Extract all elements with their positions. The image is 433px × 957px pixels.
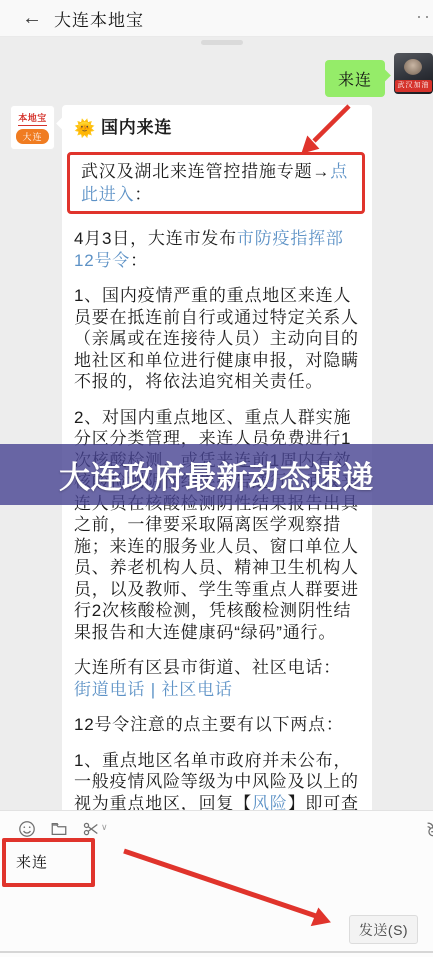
more-menu-icon[interactable]: ··· <box>416 6 433 27</box>
official-account-avatar[interactable]: 本地宝 大连 <box>10 105 55 150</box>
avatar-face <box>404 59 422 75</box>
sent-message-row: 来连 武汉加油 <box>325 53 433 97</box>
inline-link[interactable]: 街道电话 <box>74 680 145 699</box>
phone-icon[interactable] <box>424 820 433 838</box>
drag-handle[interactable] <box>201 40 243 45</box>
text-segment: 1、国内疫情严重的重点地区来连人员要在抵连前自行或通过特定关系人（亲属或在连接待… <box>74 286 359 391</box>
message-paragraph: 1、国内疫情严重的重点地区来连人员要在抵连前自行或通过特定关系人（亲属或在连接待… <box>74 285 360 393</box>
message-paragraph: 大连所有区县市街道、社区电话： 街道电话 | 社区电话 <box>74 657 360 700</box>
text-segment: 4月3日，大连市发布 <box>74 229 237 248</box>
message-paragraph: 2、对国内重点地区、重点人群实施分区分类管理，来连人员免费进行1次核酸检测，或凭… <box>74 407 360 644</box>
send-button[interactable]: 发送(S) <box>349 915 418 944</box>
promo-banner-overlay: 大连政府最新动态速递 <box>0 444 433 505</box>
inline-link[interactable]: | <box>145 680 161 699</box>
text-segment: ： <box>134 185 152 204</box>
user-avatar[interactable]: 武汉加油 <box>394 53 433 94</box>
scissors-icon[interactable] <box>82 820 100 838</box>
sun-emoji-icon: 🌞 <box>74 120 96 137</box>
message-paragraph: 1、重点地区名单市政府并未公布，一般疫情风险等级为中风险及以上的视为重点地区，回… <box>74 750 360 815</box>
message-sender-name: 国内来连 <box>101 117 172 139</box>
emoji-icon[interactable] <box>18 820 36 838</box>
avatar-logo-text: 本地宝 <box>18 111 47 126</box>
avatar-city-badge: 大连 <box>16 129 48 144</box>
message-paragraph: 12号令注意的点主要有以下两点： <box>74 714 360 736</box>
text-segment: 武汉及湖北来连管控措施专题→ <box>81 162 330 181</box>
composer-panel: ∨ 来连 发送(S) <box>0 810 433 957</box>
highlighted-topic-box: 武汉及湖北来连管控措施专题→点此进入： <box>67 152 365 214</box>
text-segment: 12号令注意的点主要有以下两点： <box>74 715 344 734</box>
chat-header: ← 大连本地宝 ··· <box>0 0 433 37</box>
message-sender-line: 🌞 国内来连 <box>74 117 360 139</box>
message-paragraph: 4月3日，大连市发布市防疫指挥部12号令： <box>74 228 360 271</box>
text-segment: 2、对国内重点地区、重点人群实施分区分类管理，来连人员免费进行1次核酸检测，或凭… <box>74 408 359 642</box>
chat-title: 大连本地宝 <box>54 6 144 31</box>
text-segment: 大连所有区县市街道、社区电话： <box>74 658 341 677</box>
scissors-dropdown-caret[interactable]: ∨ <box>101 822 108 833</box>
composer-input[interactable]: 来连 <box>16 851 48 872</box>
folder-icon[interactable] <box>50 820 68 838</box>
text-segment: ： <box>130 251 148 270</box>
inline-link[interactable]: 社区电话 <box>161 680 232 699</box>
avatar-ribbon-label: 武汉加油 <box>395 80 432 92</box>
promo-banner-text: 大连政府最新动态速递 <box>59 452 374 497</box>
back-arrow-icon[interactable]: ← <box>22 0 42 37</box>
window-bottom-edge <box>0 951 433 953</box>
sent-message-bubble[interactable]: 来连 <box>325 60 385 97</box>
